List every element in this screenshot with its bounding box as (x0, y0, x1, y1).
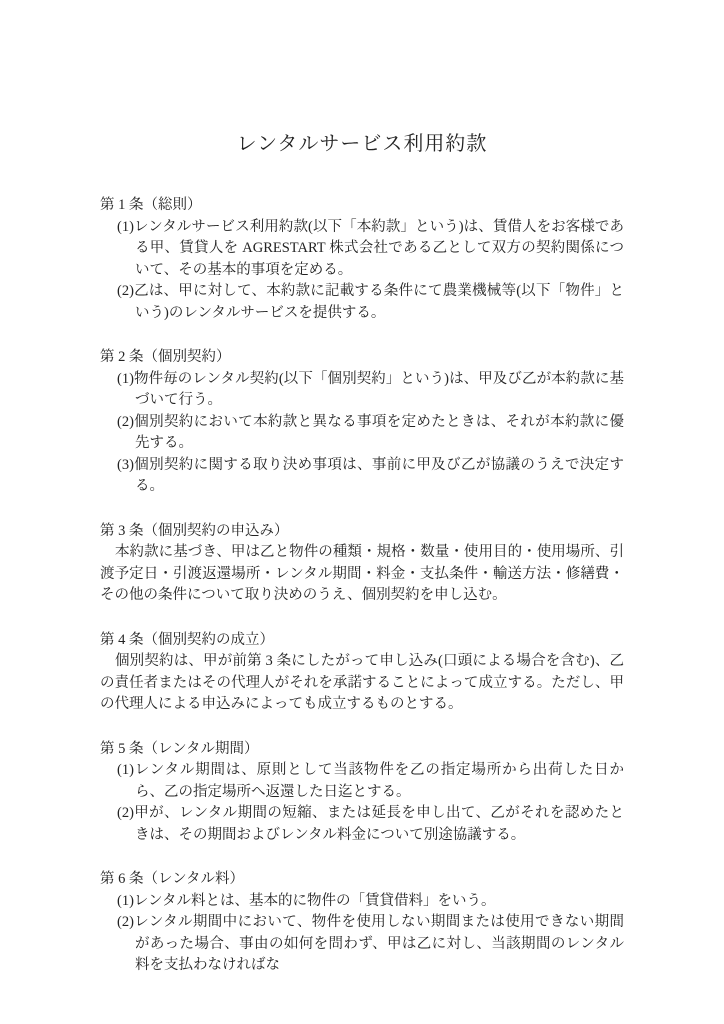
article-6-item-2: (2)レンタル期間中において、物件を使用しない期間または使用できない期間があった… (100, 912, 624, 977)
article-3: 第 3 条（個別契約の申込み） 本約款に基づき、甲は乙と物件の種類・規格・数量・… (100, 521, 624, 607)
article-3-heading: 第 3 条（個別契約の申込み） (100, 521, 624, 543)
article-3-paragraph: 本約款に基づき、甲は乙と物件の種類・規格・数量・使用目的・使用場所、引渡予定日・… (100, 542, 624, 607)
article-6-item-1: (1)レンタル料とは、基本的に物件の「賃貸借料」をいう。 (100, 891, 624, 913)
article-1-heading: 第 1 条（総則） (100, 195, 624, 217)
article-2-heading: 第 2 条（個別契約） (100, 347, 624, 369)
article-6-heading: 第 6 条（レンタル料） (100, 869, 624, 891)
article-2: 第 2 条（個別契約） (1)物件毎のレンタル契約(以下「個別契約」という)は、… (100, 347, 624, 498)
article-5-item-1: (1)レンタル期間は、原則として当該物件を乙の指定場所から出荷した日から、乙の指… (100, 760, 624, 803)
document-title: レンタルサービス利用約款 (100, 130, 624, 158)
article-2-item-3: (3)個別契約に関する取り決め事項は、事前に甲及び乙が協議のうえで決定する。 (100, 455, 624, 498)
article-4: 第 4 条（個別契約の成立） 個別契約は、甲が前第 3 条にしたがって申し込み(… (100, 630, 624, 716)
article-4-paragraph: 個別契約は、甲が前第 3 条にしたがって申し込み(口頭による場合を含む)、乙の責… (100, 651, 624, 716)
article-1-item-2: (2)乙は、甲に対して、本約款に記載する条件にて農業機械等(以下「物件」という)… (100, 281, 624, 324)
article-1-item-1: (1)レンタルサービス利用約款(以下「本約款」という)は、賃借人をお客様である甲… (100, 217, 624, 282)
article-6: 第 6 条（レンタル料） (1)レンタル料とは、基本的に物件の「賃貸借料」をいう… (100, 869, 624, 977)
article-2-item-1: (1)物件毎のレンタル契約(以下「個別契約」という)は、甲及び乙が本約款に基づい… (100, 369, 624, 412)
article-5: 第 5 条（レンタル期間） (1)レンタル期間は、原則として当該物件を乙の指定場… (100, 739, 624, 847)
document-page: レンタルサービス利用約款 第 1 条（総則） (1)レンタルサービス利用約款(以… (0, 0, 724, 1024)
article-2-item-2: (2)個別契約において本約款と異なる事項を定めたときは、それが本約款に優先する。 (100, 412, 624, 455)
article-5-heading: 第 5 条（レンタル期間） (100, 739, 624, 761)
article-5-item-2: (2)甲が、レンタル期間の短縮、または延長を申し出て、乙がそれを認めたときは、そ… (100, 803, 624, 846)
article-4-heading: 第 4 条（個別契約の成立） (100, 630, 624, 652)
article-1: 第 1 条（総則） (1)レンタルサービス利用約款(以下「本約款」という)は、賃… (100, 195, 624, 324)
